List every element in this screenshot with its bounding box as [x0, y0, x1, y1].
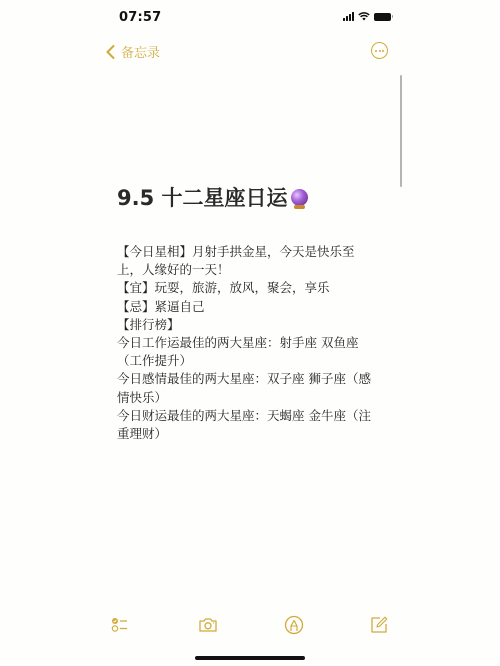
note-line: 【排行榜】	[117, 316, 379, 334]
back-label: 备忘录	[121, 42, 160, 61]
home-indicator[interactable]	[195, 656, 305, 660]
checklist-icon[interactable]	[110, 614, 132, 636]
note-line: 上，人缘好的一天！	[117, 261, 379, 279]
note-line: 情快乐）	[117, 389, 379, 407]
bottom-toolbar	[100, 612, 400, 640]
note-line: 【忌】紧逼自己	[117, 298, 379, 316]
nav-bar: 备忘录	[100, 40, 400, 64]
note-line: 【今日星相】月射手拱金星，今天是快乐至	[117, 243, 379, 261]
camera-icon[interactable]	[197, 614, 219, 636]
note-title[interactable]: 9.5 十二星座日运	[117, 182, 308, 212]
back-button[interactable]: 备忘录	[104, 42, 160, 61]
signal-icon	[343, 12, 354, 21]
wifi-icon	[358, 12, 370, 21]
ellipsis-dot	[382, 50, 384, 52]
scrollbar[interactable]	[400, 75, 402, 187]
note-line: 【宜】玩耍，旅游，放风，聚会，享乐	[117, 279, 379, 297]
note-line: （工作提升）	[117, 352, 379, 370]
note-title-text: 9.5 十二星座日运	[117, 182, 288, 212]
note-body[interactable]: 【今日星相】月射手拱金星，今天是快乐至 上，人缘好的一天！ 【宜】玩耍，旅游，放…	[117, 243, 379, 443]
crystal-ball-icon	[291, 189, 308, 206]
note-line: 今日工作运最佳的两大星座：射手座 双鱼座	[117, 334, 379, 352]
status-time: 07:57	[119, 10, 161, 25]
status-icons	[343, 12, 391, 21]
more-options-button[interactable]	[371, 42, 388, 59]
note-line: 重理财）	[117, 425, 379, 443]
battery-icon	[374, 13, 391, 21]
chevron-left-icon	[104, 44, 118, 60]
status-bar: 07:57	[100, 8, 400, 28]
note-line: 今日财运最佳的两大星座：天蝎座 金牛座（注	[117, 407, 379, 425]
ellipsis-dot	[375, 50, 377, 52]
markup-icon[interactable]	[283, 614, 305, 636]
note-line: 今日感情最佳的两大星座：双子座 狮子座（感	[117, 370, 379, 388]
compose-icon[interactable]	[368, 614, 390, 636]
notes-screen: 07:57 备忘录 9.5 十二星座日运	[0, 0, 500, 666]
ellipsis-dot	[379, 50, 381, 52]
